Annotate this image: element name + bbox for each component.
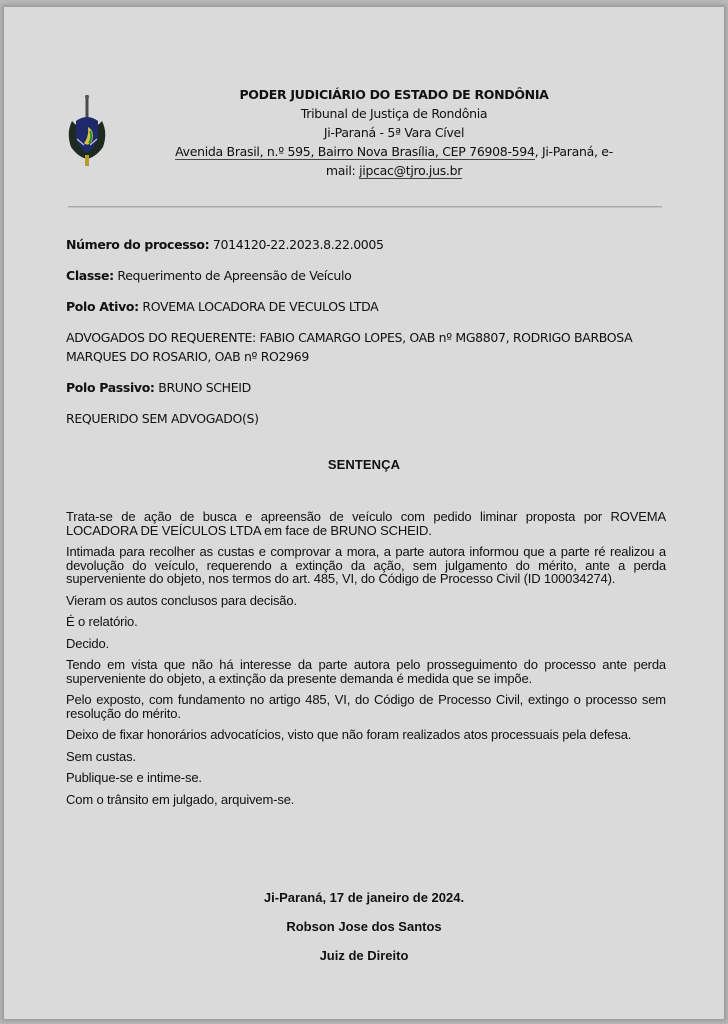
court-unit: Ji-Paraná - 5ª Vara Cível <box>154 123 634 142</box>
court-crest-icon <box>62 95 112 167</box>
process-metadata: Número do processo: 7014120-22.2023.8.22… <box>66 235 666 440</box>
document-header: PODER JUDICIÁRIO DO ESTADO DE RONDÔNIA T… <box>4 7 724 207</box>
process-class: Classe: Requerimento de Apreensão de Veí… <box>66 266 666 285</box>
court-email-line: mail: jipcac@tjro.jus.br <box>154 161 634 180</box>
judiciary-title: PODER JUDICIÁRIO DO ESTADO DE RONDÔNIA <box>154 85 634 104</box>
process-number: Número do processo: 7014120-22.2023.8.22… <box>66 235 666 254</box>
active-party: Polo Ativo: ROVEMA LOCADORA DE VECULOS L… <box>66 297 666 316</box>
paragraph: Deixo de fixar honorários advocatícios, … <box>66 728 666 742</box>
paragraph: Decido. <box>66 637 666 651</box>
paragraph: Com o trânsito em julgado, arquivem-se. <box>66 793 666 807</box>
place-and-date: Ji-Paraná, 17 de janeiro de 2024. <box>4 890 724 905</box>
court-name: Tribunal de Justiça de Rondônia <box>154 104 634 123</box>
court-address: Avenida Brasil, n.º 595, Bairro Nova Bra… <box>154 142 634 161</box>
paragraph: Tendo em vista que não há interesse da p… <box>66 658 666 685</box>
judge-name: Robson Jose dos Santos <box>4 919 724 934</box>
process-number-label: Número do processo: <box>66 237 209 252</box>
passive-party-label: Polo Passivo: <box>66 380 155 395</box>
paragraph: É o relatório. <box>66 615 666 629</box>
sentence-body: Trata-se de ação de busca e apreensão de… <box>66 510 666 814</box>
active-party-value: ROVEMA LOCADORA DE VECULOS LTDA <box>139 299 379 314</box>
document-page: PODER JUDICIÁRIO DO ESTADO DE RONDÔNIA T… <box>4 7 724 1019</box>
plaintiff-lawyers: ADVOGADOS DO REQUERENTE: FABIO CAMARGO L… <box>66 328 666 366</box>
email-link[interactable]: jipcac@tjro.jus.br <box>359 163 462 179</box>
signature-block: Ji-Paraná, 17 de janeiro de 2024. Robson… <box>4 890 724 977</box>
paragraph: Trata-se de ação de busca e apreensão de… <box>66 510 666 537</box>
passive-party: Polo Passivo: BRUNO SCHEID <box>66 378 666 397</box>
paragraph: Intimada para recolher as custas e compr… <box>66 545 666 586</box>
paragraph: Pelo exposto, com fundamento no artigo 4… <box>66 693 666 720</box>
paragraph: Sem custas. <box>66 750 666 764</box>
process-class-label: Classe: <box>66 268 114 283</box>
process-class-value: Requerimento de Apreensão de Veículo <box>114 268 352 283</box>
active-party-label: Polo Ativo: <box>66 299 139 314</box>
passive-party-value: BRUNO SCHEID <box>155 380 251 395</box>
address-tail: , Ji-Paraná, e- <box>535 144 613 159</box>
paragraph: Publique-se e intime-se. <box>66 771 666 785</box>
process-number-value: 7014120-22.2023.8.22.0005 <box>209 237 383 252</box>
judge-role: Juiz de Direito <box>4 948 724 963</box>
court-heading: PODER JUDICIÁRIO DO ESTADO DE RONDÔNIA T… <box>154 85 634 180</box>
header-divider <box>68 206 662 207</box>
defendant-counsel-status: REQUERIDO SEM ADVOGADO(S) <box>66 409 666 428</box>
paragraph: Vieram os autos conclusos para decisão. <box>66 594 666 608</box>
address-text: Avenida Brasil, n.º 595, Bairro Nova Bra… <box>175 144 535 160</box>
sentence-title: SENTENÇA <box>4 457 724 472</box>
email-prefix: mail: <box>326 163 359 178</box>
